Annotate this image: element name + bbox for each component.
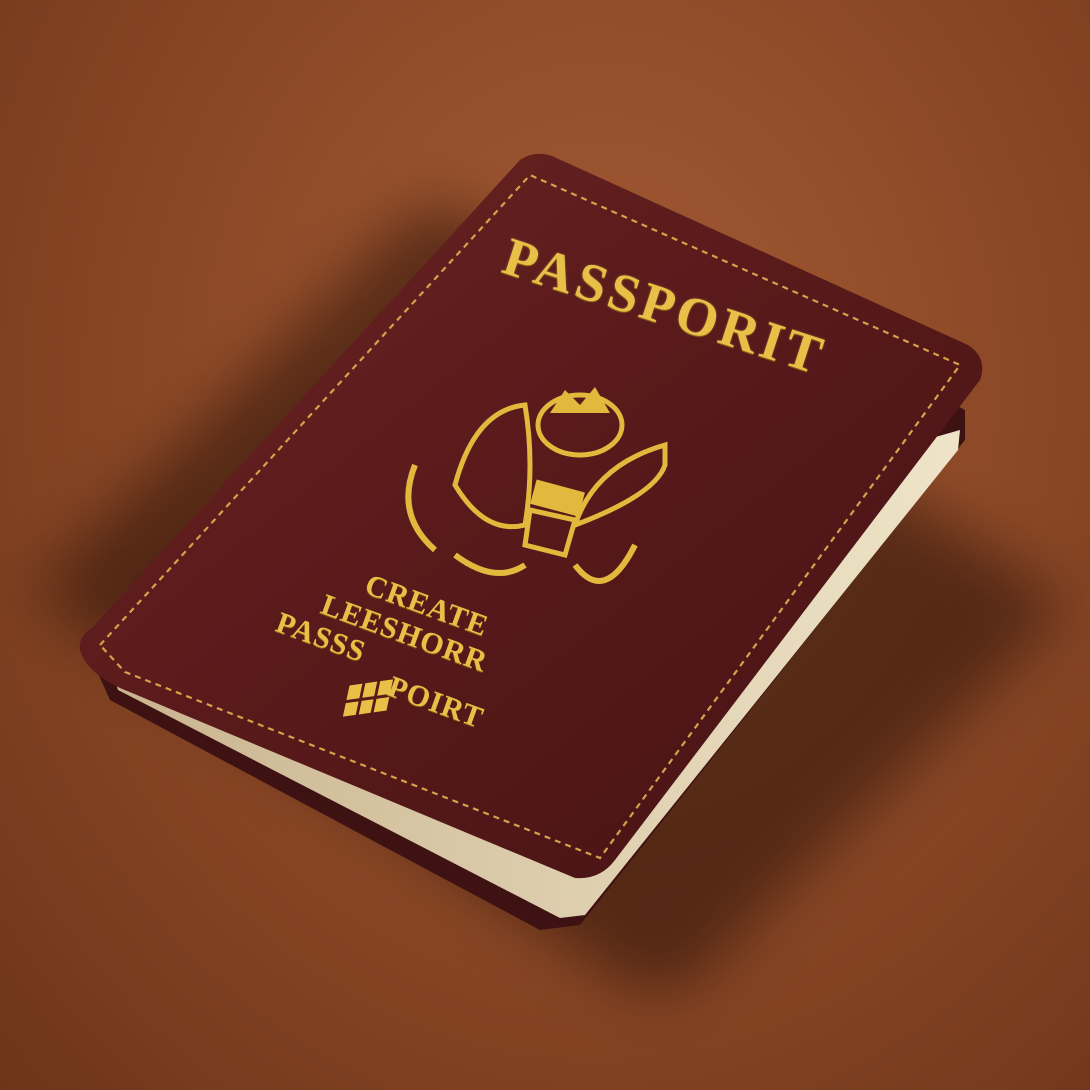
passport-book [0, 0, 1090, 1090]
scene: PASSPORIT CREATE LEESHORR PASSS POIRT [0, 0, 1090, 1090]
